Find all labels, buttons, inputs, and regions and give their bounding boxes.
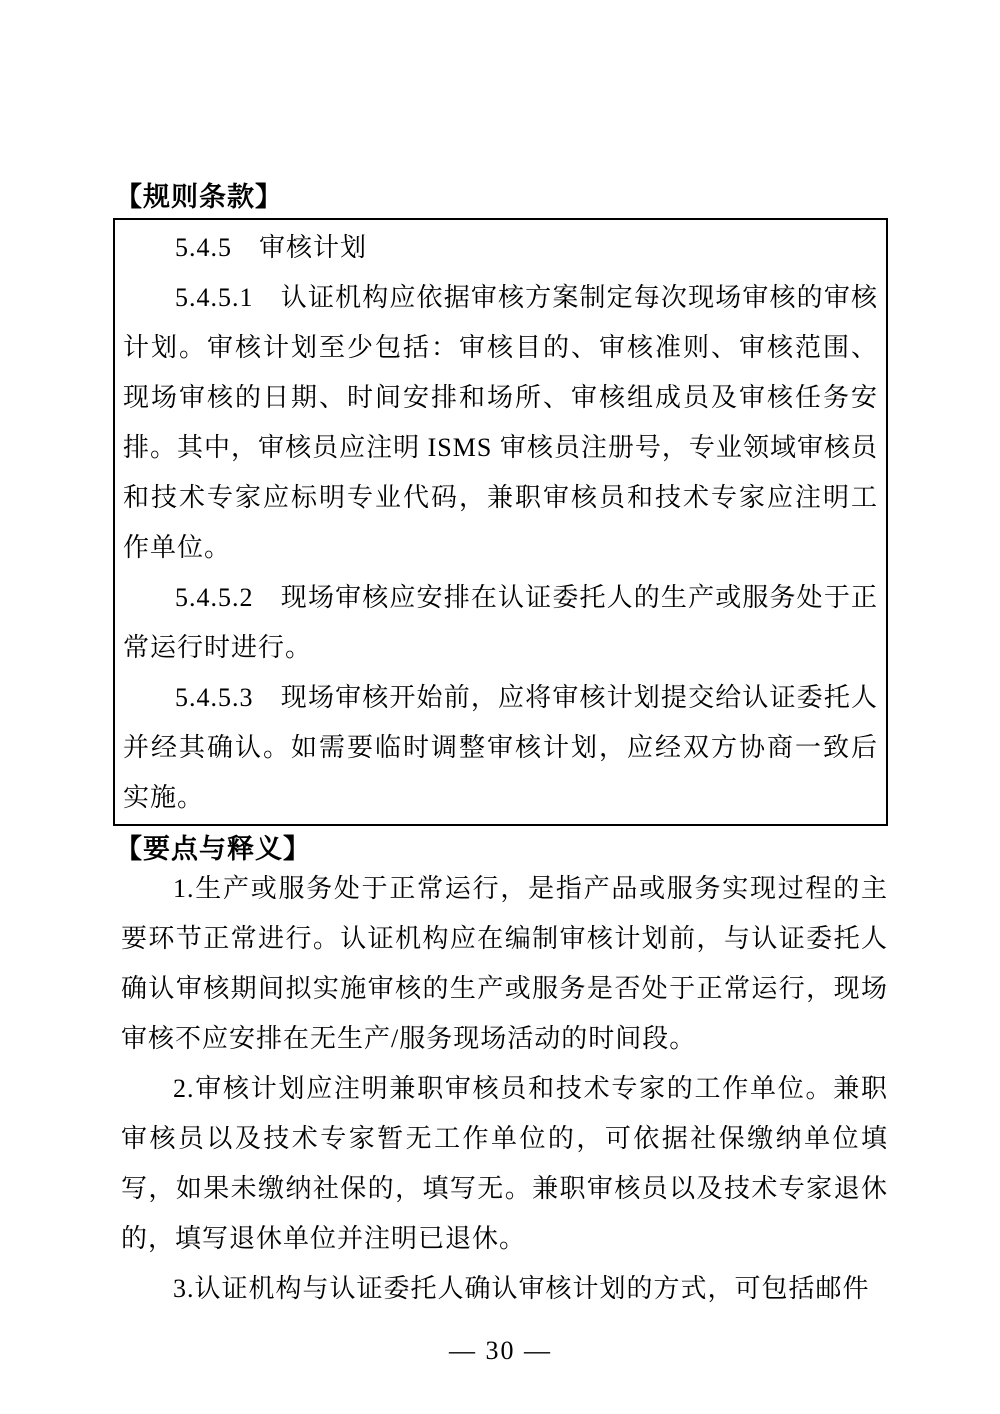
interpretation-paragraph-3: 3.认证机构与认证委托人确认审核计划的方式，可包括邮件 xyxy=(121,1264,888,1314)
clause-5-4-5-1: 5.4.5.1 认证机构应依据审核方案制定每次现场审核的审核计划。审核计划至少包… xyxy=(123,273,878,573)
document-page: 【规则条款】 5.4.5 审核计划 5.4.5.1 认证机构应依据审核方案制定每… xyxy=(0,0,1000,1414)
rule-clauses-heading: 【规则条款】 xyxy=(115,183,888,212)
interpretation-paragraph-1: 1.生产或服务处于正常运行，是指产品或服务实现过程的主要环节正常进行。认证机构应… xyxy=(121,864,888,1064)
clause-5-4-5-3: 5.4.5.3 现场审核开始前，应将审核计划提交给认证委托人并经其确认。如需要临… xyxy=(123,673,878,823)
rule-clauses-box: 5.4.5 审核计划 5.4.5.1 认证机构应依据审核方案制定每次现场审核的审… xyxy=(113,218,888,826)
page-number: — 30 — xyxy=(113,1326,888,1376)
key-points-heading: 【要点与释义】 xyxy=(115,835,888,864)
clause-5-4-5-2: 5.4.5.2 现场审核应安排在认证委托人的生产或服务处于正常运行时进行。 xyxy=(123,573,878,673)
interpretation-paragraph-2: 2.审核计划应注明兼职审核员和技术专家的工作单位。兼职审核员以及技术专家暂无工作… xyxy=(121,1064,888,1264)
clause-5-4-5-title: 5.4.5 审核计划 xyxy=(123,223,878,273)
